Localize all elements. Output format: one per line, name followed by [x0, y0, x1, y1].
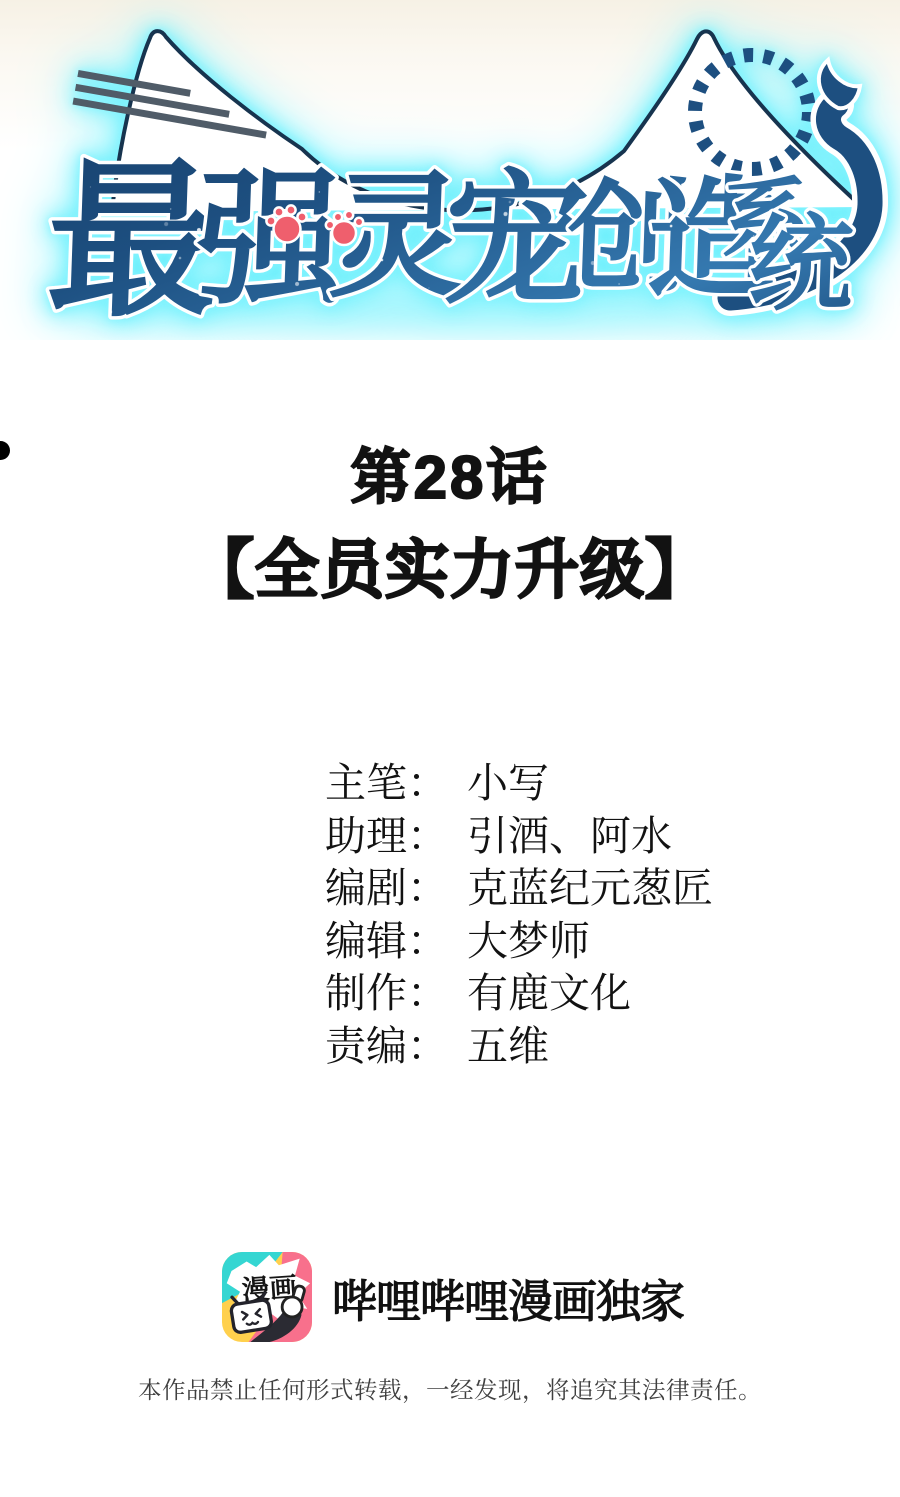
manga-title-page: { "logo": { "title": "最强灵宠创造系统", "chars"… — [0, 0, 900, 1497]
credit-label: 制作： — [325, 967, 452, 1020]
credit-name: 五维 — [467, 1020, 549, 1073]
credit-row-chief-editor: 责编： 五维 — [325, 1020, 713, 1073]
bilibili-manga-app-icon: 漫画 — [222, 1252, 312, 1342]
credit-name: 克蓝纪元葱匠 — [467, 862, 713, 915]
credit-label: 责编： — [325, 1020, 452, 1073]
credit-label: 助理： — [325, 810, 452, 863]
credit-name: 引酒、阿水 — [467, 810, 672, 863]
chapter-title-block: 第28话 【全员实力升级】 — [0, 448, 900, 602]
credit-label: 编剧： — [325, 862, 452, 915]
credit-name: 大梦师 — [467, 915, 590, 968]
credit-name: 有鹿文化 — [467, 967, 631, 1020]
credit-row-scriptwriter: 编剧： 克蓝纪元葱匠 — [325, 862, 713, 915]
publisher-name: 哔哩哔哩漫画独家 — [332, 1265, 684, 1330]
credits-list: 主笔： 小写 助理： 引酒、阿水 编剧： 克蓝纪元葱匠 编辑： 大梦师 制作： … — [325, 757, 713, 1072]
series-logo-graphic: 最 强 灵 宠 创 造 系 统 — [0, 0, 900, 340]
credit-label: 主笔： — [325, 757, 452, 810]
series-title-text: 最 强 灵 宠 创 造 系 统 — [44, 143, 857, 340]
credit-row-artist: 主笔： 小写 — [325, 757, 713, 810]
series-logo: 最 强 灵 宠 创 造 系 统 — [0, 0, 900, 340]
credit-row-production: 制作： 有鹿文化 — [325, 967, 713, 1020]
chapter-name: 【全员实力升级】 — [0, 538, 900, 602]
credit-row-assistant: 助理： 引酒、阿水 — [325, 810, 713, 863]
copyright-disclaimer: 本作品禁止任何形式转载，一经发现，将追究其法律责任。 — [0, 1371, 900, 1405]
credit-name: 小写 — [467, 757, 549, 810]
publisher-row: 漫画 哔哩哔哩漫画独家 — [222, 1252, 684, 1342]
credit-label: 编辑： — [325, 915, 452, 968]
chapter-number: 第28话 — [0, 448, 900, 508]
credit-row-editor: 编辑： 大梦师 — [325, 915, 713, 968]
